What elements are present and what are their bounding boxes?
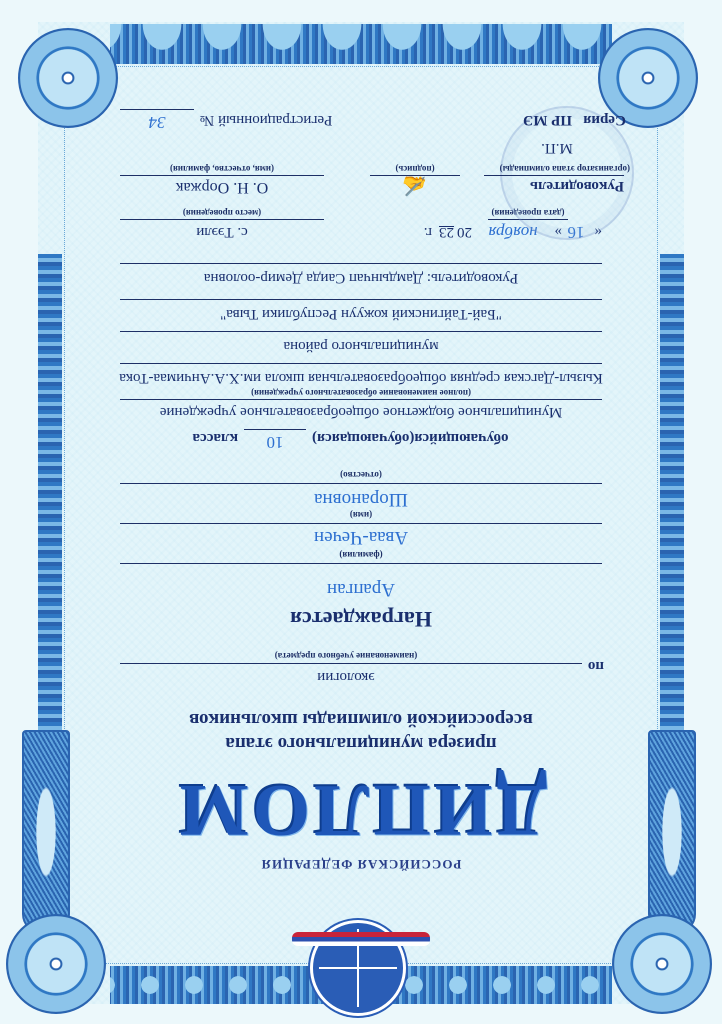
patronymic-caption: (отчество)	[120, 470, 602, 480]
patronymic-underline	[120, 483, 602, 484]
surname-underline	[120, 563, 602, 564]
seal-mark: М.П.	[522, 139, 592, 156]
event-year-suffix: 23	[439, 223, 454, 240]
school-line-3: муниципального района	[120, 337, 602, 354]
award-label: Награждается	[0, 606, 722, 632]
name-caption: (имя)	[120, 510, 602, 520]
name-underline	[120, 523, 602, 524]
frame-bottom-ornament	[110, 24, 612, 64]
subject-prefix: по	[574, 657, 604, 674]
school-underline-2	[120, 363, 602, 364]
school-caption: (полное наименование образовательного уч…	[120, 388, 602, 398]
signer-name: О. Н. Ооржак	[120, 178, 324, 196]
registration-number-value: 34	[120, 112, 194, 132]
registration-number-label: Регистрационный №	[200, 111, 350, 128]
grade-underline	[244, 429, 306, 430]
school-line-1: Муниципальное бюджетное общеобразователь…	[120, 403, 602, 420]
school-underline-3	[120, 331, 602, 332]
awardee-surname: Арапган	[120, 578, 602, 600]
event-year-prefix: 20	[457, 223, 472, 240]
teacher-line: Руководитель: Дамдынчап Саида Демир-ооло…	[120, 269, 602, 286]
series-label: Серия	[566, 111, 626, 128]
awardee-name: Аваа-Чечен	[120, 526, 602, 548]
event-year-unit: г.	[424, 223, 432, 240]
grade-suffix: класса	[178, 429, 238, 446]
rosette-icon	[18, 28, 118, 128]
signer-underline	[120, 175, 324, 176]
subject-underline	[120, 663, 582, 664]
school-underline-1	[120, 399, 602, 400]
grade-value: 10	[244, 432, 306, 452]
school-line-4: "Бай-Тайгинский кожуун Республики Тыва"	[120, 305, 602, 322]
subtitle-line-2: всероссийской олимпиады школьников	[0, 708, 722, 730]
series-value: ПР МЭ	[502, 111, 572, 128]
awardee-patronymic: Шорановна	[120, 488, 602, 510]
rosette-icon	[6, 914, 106, 1014]
school-line-2: Кызыл-Дагская средняя общеобразовательна…	[100, 369, 622, 386]
registration-underline	[120, 109, 194, 110]
diploma-document: РОССИЙСКАЯ ФЕДЕРАЦИЯ ДИПЛОМ призера муни…	[0, 0, 722, 1024]
handwritten-signature: ✍	[370, 173, 460, 198]
signature-role: Руководитель	[494, 177, 624, 194]
place-caption: (место проведения)	[120, 208, 324, 218]
subtitle-line-1: призера муниципального этапа	[0, 732, 722, 754]
surname-caption: (фамилия)	[120, 550, 602, 560]
signer-caption: (имя, отчество, фамилия)	[120, 164, 324, 174]
rosette-icon	[612, 914, 712, 1014]
grade-prefix: обучающийся(обучающаяся)	[312, 429, 542, 446]
role-underline	[484, 175, 624, 176]
sign-underline	[370, 175, 460, 176]
document-title: ДИПЛОМ	[0, 767, 722, 852]
country-name: РОССИЙСКАЯ ФЕДЕРАЦИЯ	[0, 856, 722, 872]
role-caption: (организатор этапа олимпиады)	[470, 164, 630, 174]
teacher-underline	[120, 263, 602, 264]
subject-caption: (наименование учебного предмета)	[120, 651, 572, 661]
tricolor-ribbon-icon	[292, 932, 430, 946]
sign-caption: (подпись)	[370, 164, 460, 174]
event-place: с. Тээли	[120, 223, 324, 240]
subject-value: экологии	[120, 668, 572, 685]
school-underline-4	[120, 299, 602, 300]
place-underline	[120, 219, 324, 220]
